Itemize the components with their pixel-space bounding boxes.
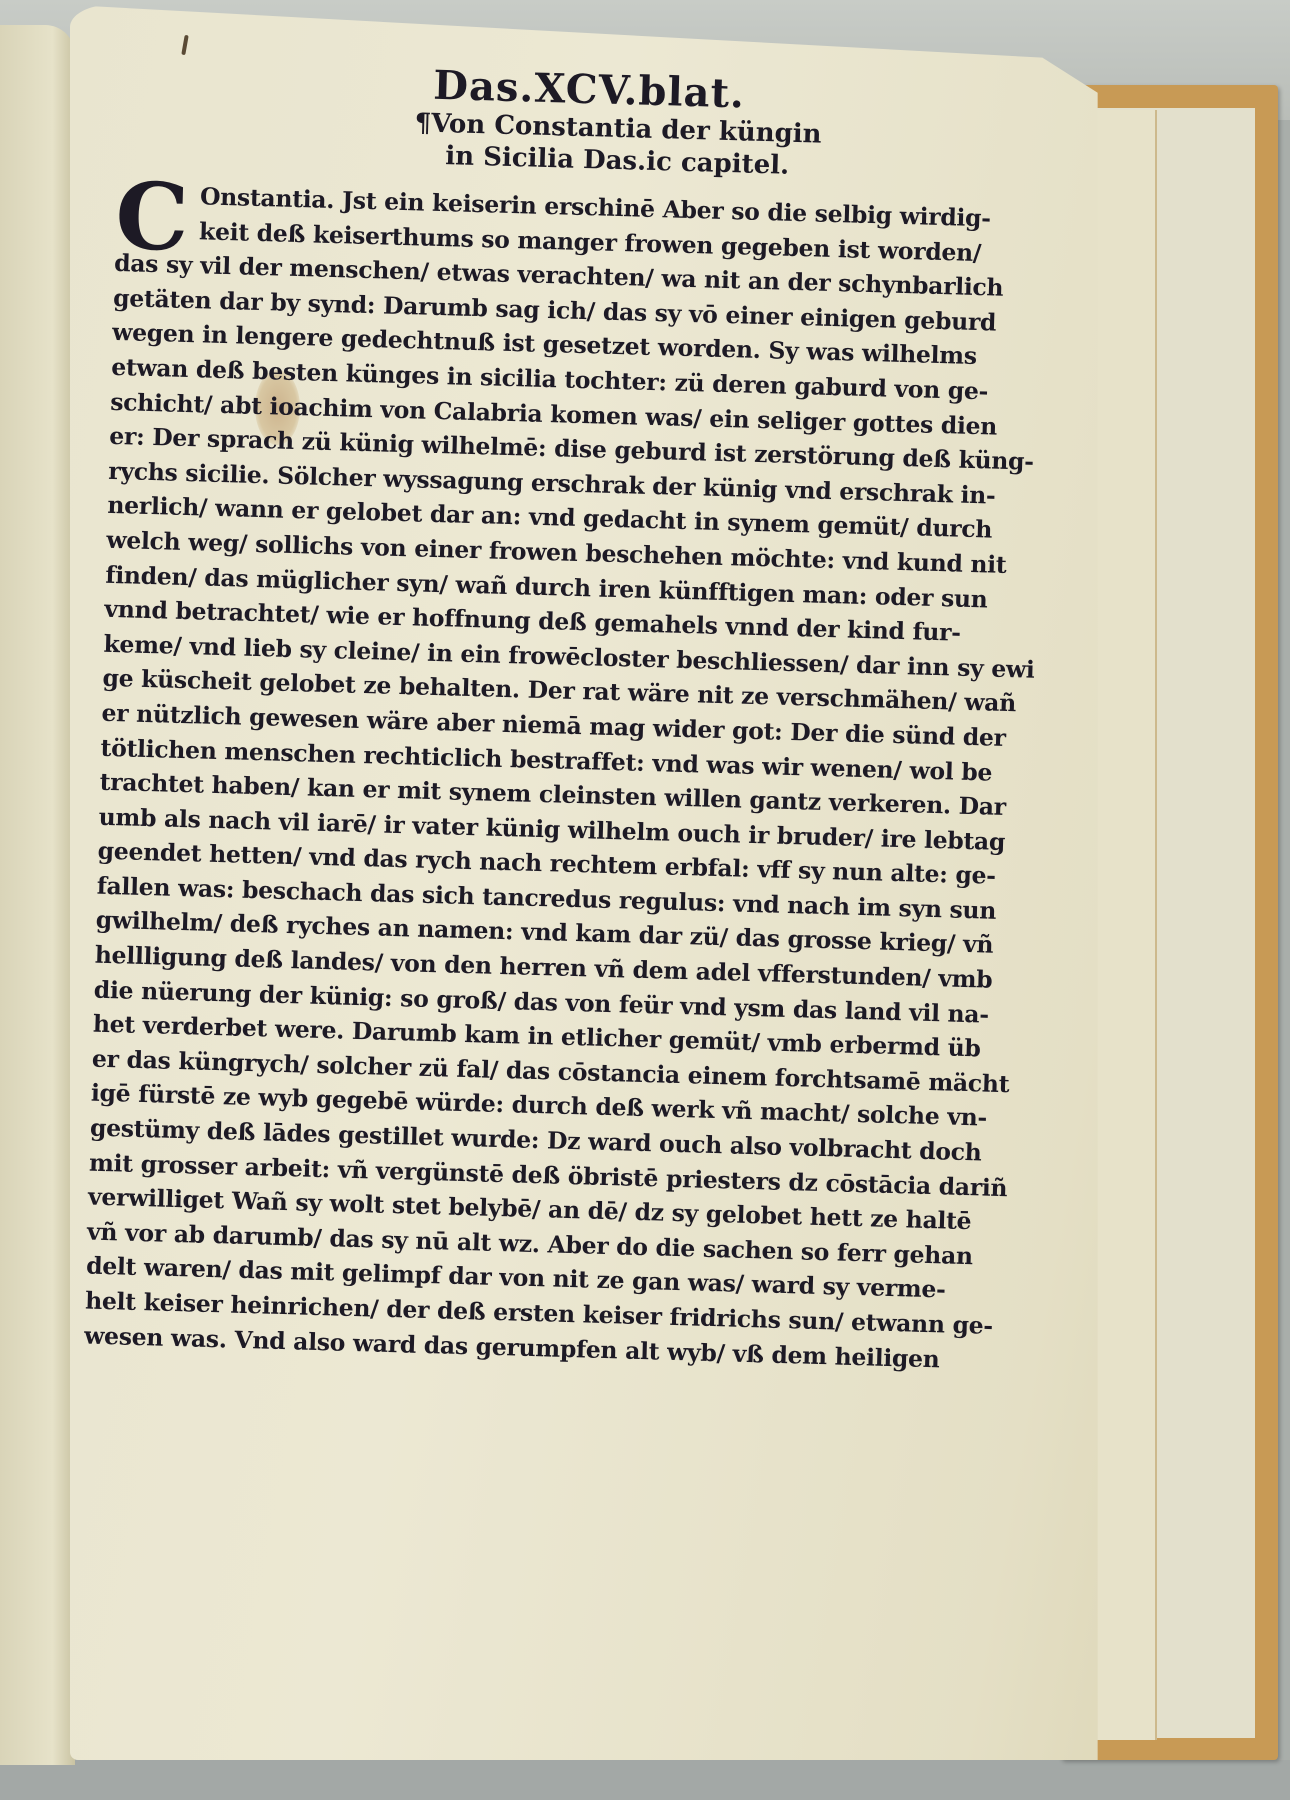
body-text: C Onstantia. Jst ein keiserin erschinē A…: [84, 177, 937, 1376]
chapter-title: ¶Von Constantia der küngin in Sicilia Da…: [377, 106, 859, 183]
decorated-initial: C: [114, 173, 190, 261]
left-page-edge: [0, 25, 75, 1765]
ink-mark: [181, 35, 188, 55]
page-text: Das.XCV.blat. ¶Von Constantia der küngin…: [84, 55, 940, 1376]
background-table: [0, 1760, 1290, 1800]
